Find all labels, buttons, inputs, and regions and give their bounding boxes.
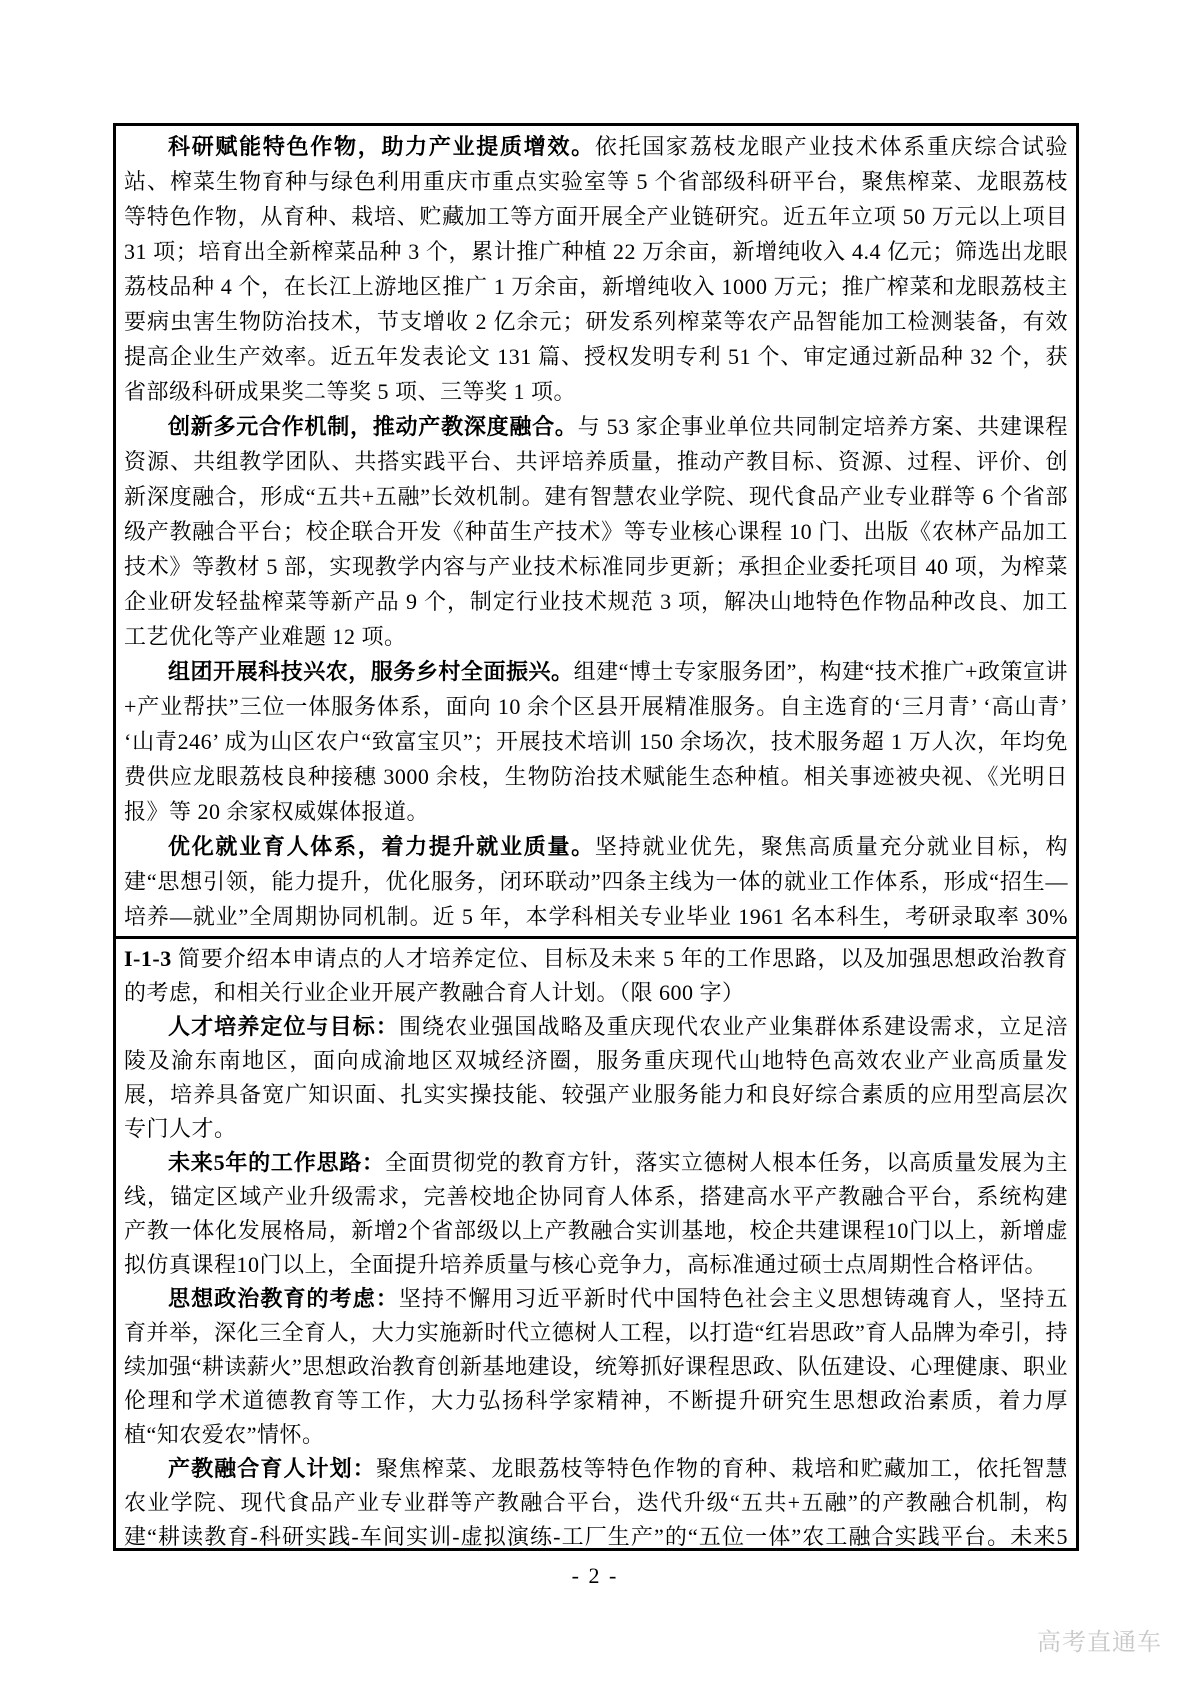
paragraph-lead: 优化就业育人体系，着力提升就业质量。 [168, 834, 595, 859]
paragraph-lead: 科研赋能特色作物，助力产业提质增效。 [168, 134, 595, 159]
paragraph-lead: 未来5年的工作思路： [168, 1150, 385, 1175]
prompt-code: I-1-3 [124, 946, 172, 971]
paragraph-text: 与 53 家企事业单位共同制定培养方案、共建课程资源、共组教学团队、共搭实践平台… [124, 414, 1068, 649]
paragraph-lead: 创新多元合作机制，推动产教深度融合。 [168, 414, 578, 439]
paragraph-text: 依托国家荔枝龙眼产业技术体系重庆综合试验站、榨菜生物育种与绿色利用重庆市重点实验… [124, 134, 1068, 404]
prompt-text: 简要介绍本申请点的人才培养定位、目标及未来 5 年的工作思路，以及加强思想政治教… [124, 946, 1068, 1005]
paragraph-training-position-goals: 人才培养定位与目标：围绕农业强国战略及重庆现代农业产业集群体系建设需求，立足涪陵… [124, 1010, 1068, 1146]
section-i-1-3-cell: I-1-3简要介绍本申请点的人才培养定位、目标及未来 5 年的工作思路，以及加强… [116, 939, 1076, 1551]
prompt-i-1-3: I-1-3简要介绍本申请点的人才培养定位、目标及未来 5 年的工作思路，以及加强… [124, 942, 1068, 1010]
paragraph-employment-quality: 优化就业育人体系，着力提升就业质量。坚持就业优先，聚焦高质量充分就业目标，构建“… [124, 829, 1068, 936]
document-page: 科研赋能特色作物，助力产业提质增效。依托国家荔枝龙眼产业技术体系重庆综合试验站、… [0, 0, 1190, 1683]
application-form-table: 科研赋能特色作物，助力产业提质增效。依托国家荔枝龙眼产业技术体系重庆综合试验站、… [113, 123, 1079, 1551]
paragraph-ideological-education: 思想政治教育的考虑：坚持不懈用习近平新时代中国特色社会主义思想铸魂育人，坚持五育… [124, 1282, 1068, 1452]
paragraph-lead: 产教融合育人计划： [168, 1456, 376, 1481]
paragraph-industry-education-plan: 产教融合育人计划：聚焦榨菜、龙眼荔枝等特色作物的育种、栽培和贮藏加工，依托智慧农… [124, 1452, 1068, 1551]
paragraph-lead: 人才培养定位与目标： [168, 1014, 399, 1039]
paragraph-cooperation-mechanism: 创新多元合作机制，推动产教深度融合。与 53 家企事业单位共同制定培养方案、共建… [124, 409, 1068, 654]
page-number: - 2 - [0, 1563, 1190, 1589]
paragraph-lead: 组团开展科技兴农，服务乡村全面振兴。 [168, 659, 574, 684]
paragraph-five-year-plan: 未来5年的工作思路：全面贯彻党的教育方针，落实立德树人根本任务，以高质量发展为主… [124, 1146, 1068, 1282]
paragraph-rural-revitalization: 组团开展科技兴农，服务乡村全面振兴。组建“博士专家服务团”，构建“技术推广+政策… [124, 654, 1068, 829]
section-achievements-cell: 科研赋能特色作物，助力产业提质增效。依托国家荔枝龙眼产业技术体系重庆综合试验站、… [116, 126, 1076, 936]
paragraph-research-empowerment: 科研赋能特色作物，助力产业提质增效。依托国家荔枝龙眼产业技术体系重庆综合试验站、… [124, 129, 1068, 409]
watermark-text: 高考直通车 [1037, 1622, 1162, 1657]
paragraph-lead: 思想政治教育的考虑： [168, 1286, 399, 1311]
